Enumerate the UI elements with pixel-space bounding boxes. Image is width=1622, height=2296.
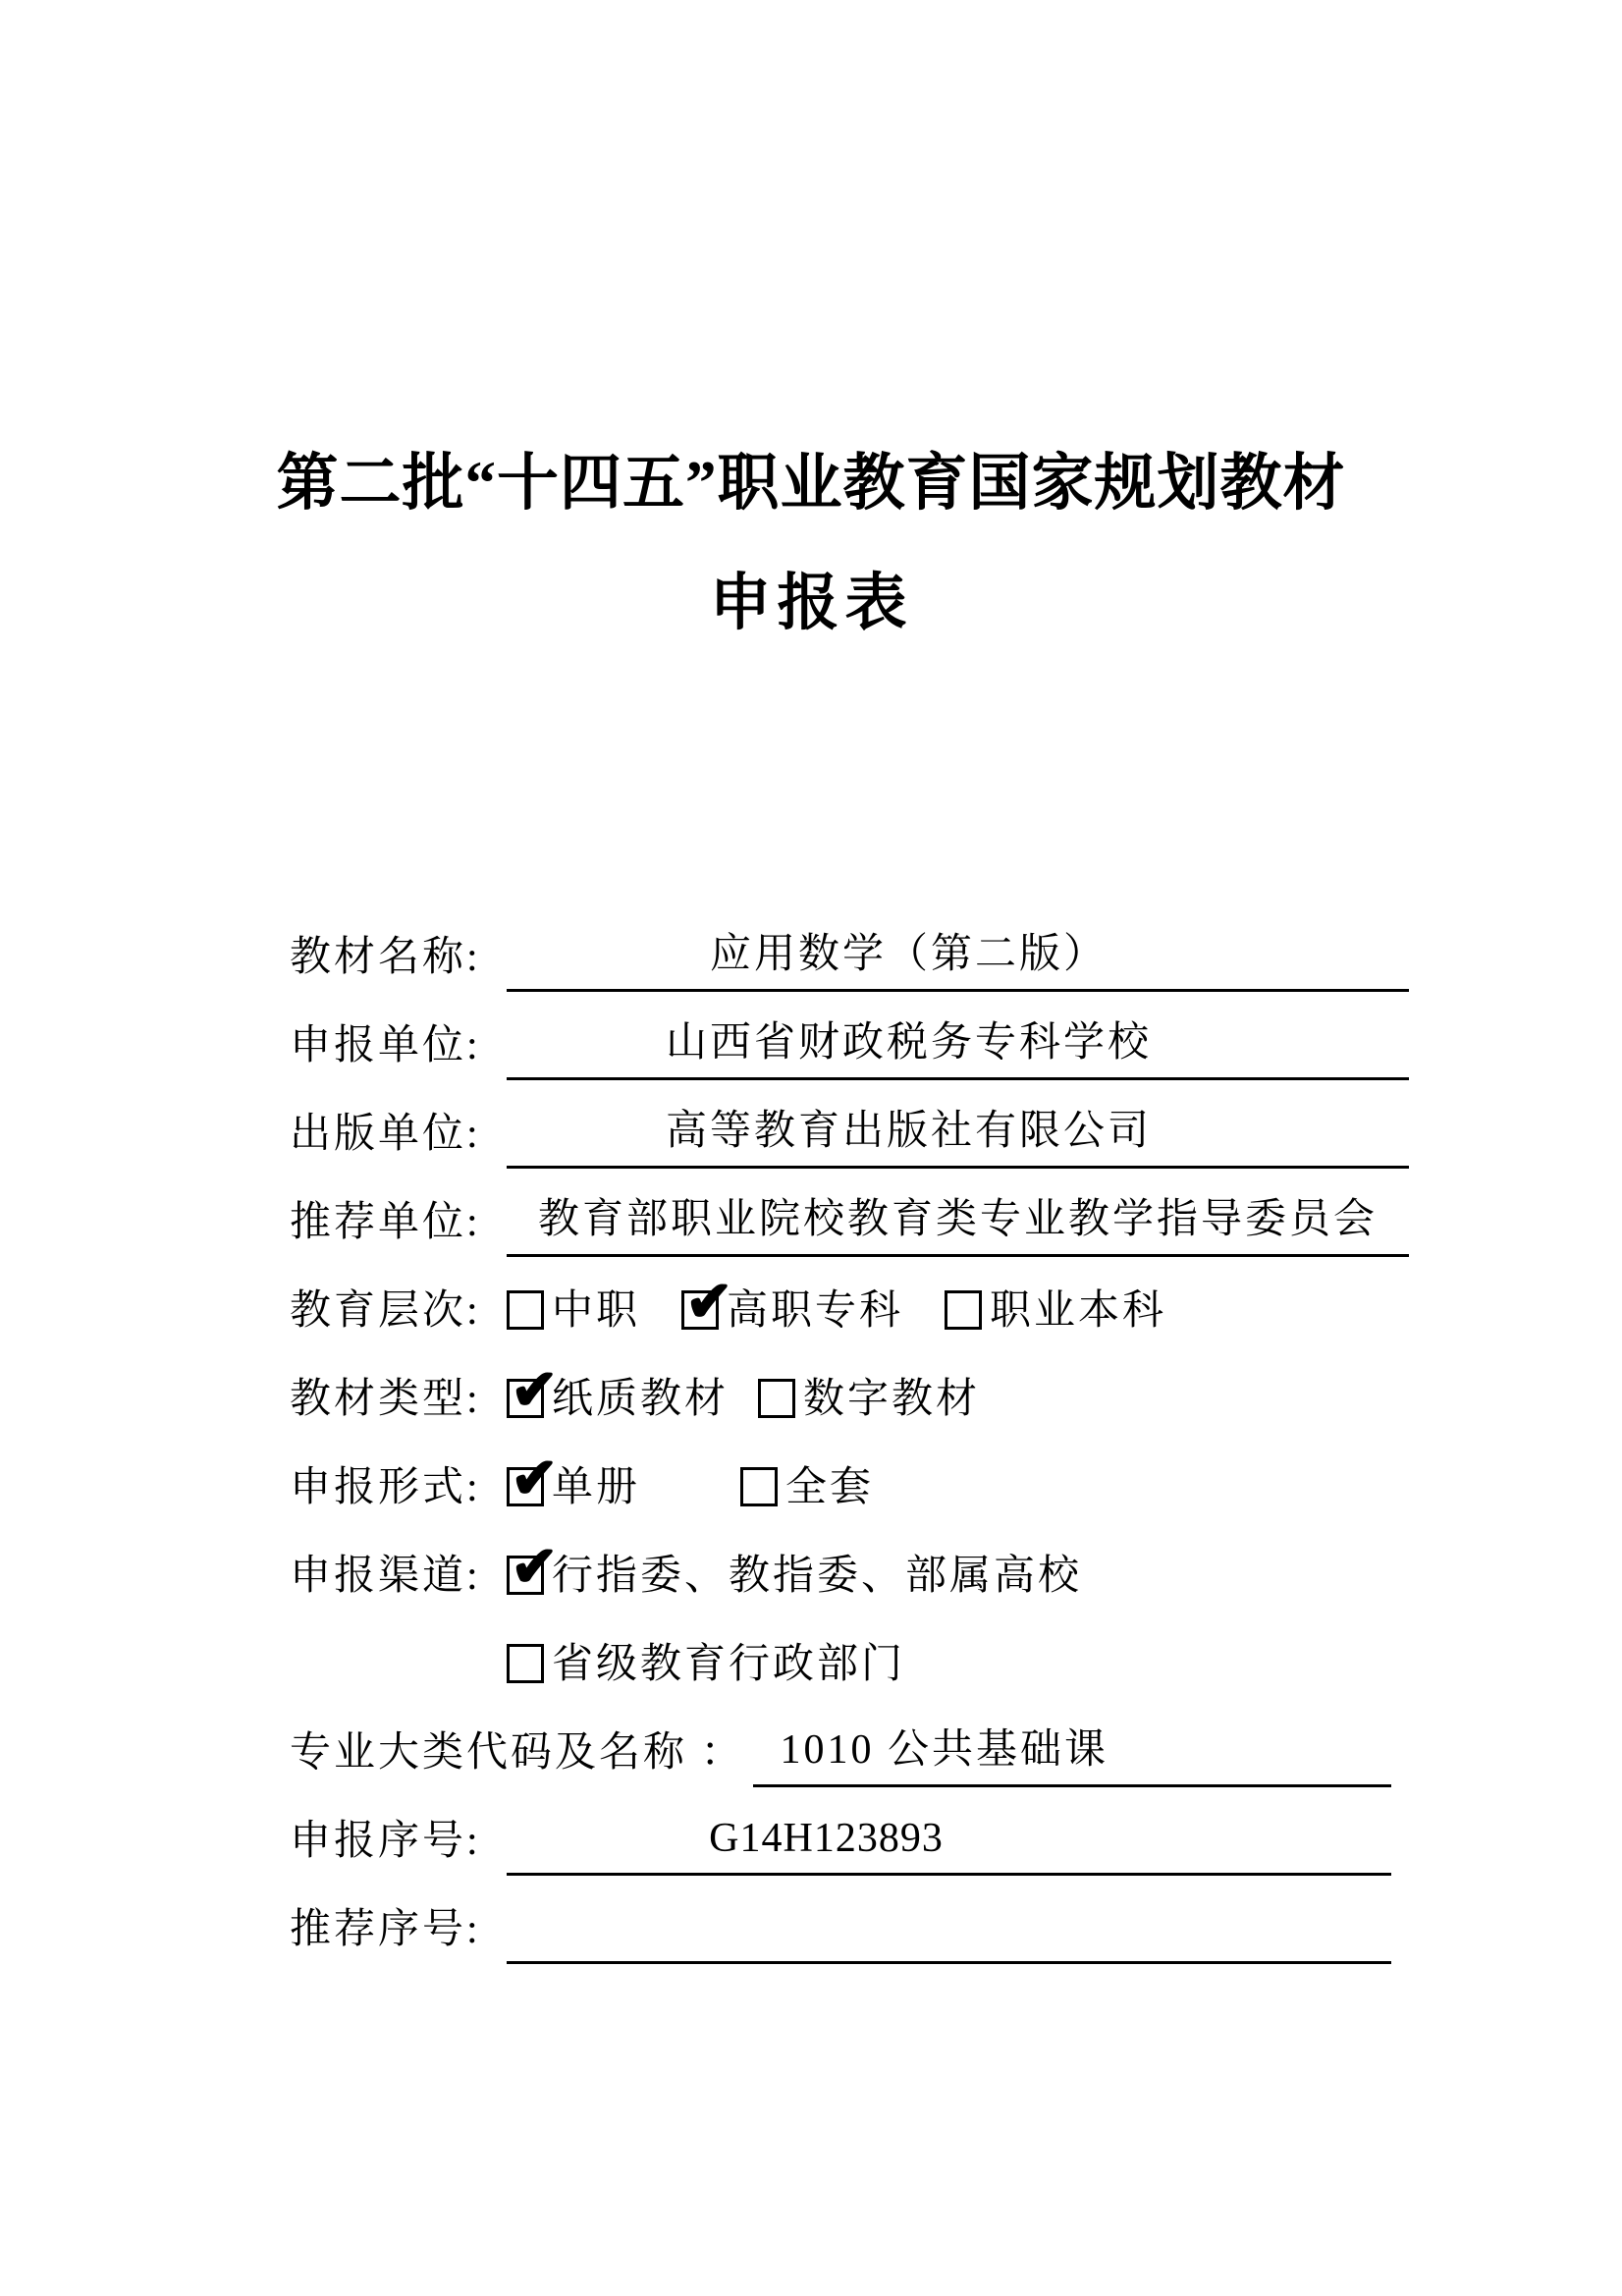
option-secondary-vocational: 中职: [507, 1290, 640, 1345]
option-label: 省级教育行政部门: [552, 1644, 905, 1685]
recommendation-number-label: 推荐序号:: [290, 1909, 507, 1964]
publisher-unit-row: 出版单位: 高等教育出版社有限公司: [290, 1080, 1409, 1169]
option-label: 职业本科: [990, 1290, 1166, 1332]
option-label: 行指委、教指委、部属高校: [552, 1556, 1082, 1597]
major-category-label: 专业大类代码及名称 ：: [290, 1732, 753, 1787]
textbook-name-row: 教材名称: 应用数学（第二版）: [290, 903, 1409, 992]
option-paper-textbook: ✔ 纸质教材: [507, 1379, 729, 1434]
recommender-unit-value: 教育部职业院校教育类专业教学指导委员会: [507, 1199, 1409, 1257]
option-provincial-channel: 省级教育行政部门: [507, 1644, 905, 1699]
publisher-unit-label: 出版单位:: [290, 1114, 507, 1169]
application-form-type-row: 申报形式: ✔ 单册 全套: [290, 1434, 1409, 1522]
check-icon: ✔: [511, 1362, 559, 1419]
application-form-type-label: 申报形式:: [290, 1467, 507, 1522]
checkbox-vocational-undergraduate-unchecked: [945, 1290, 982, 1330]
publisher-unit-value: 高等教育出版社有限公司: [507, 1111, 1409, 1169]
major-category-value: 1010 公共基础课: [753, 1729, 1391, 1787]
option-single-volume: ✔ 单册: [507, 1467, 640, 1522]
check-icon: ✔: [511, 1539, 559, 1596]
material-type-label: 教材类型:: [290, 1379, 507, 1434]
checkbox-paper-textbook-checked: ✔: [507, 1379, 544, 1418]
recommender-unit-label: 推荐单位:: [290, 1202, 507, 1257]
applicant-unit-value: 山西省财政税务专科学校: [507, 1022, 1409, 1080]
application-number-row: 申报序号: G14H123893: [290, 1787, 1409, 1876]
option-label: 单册: [552, 1467, 640, 1508]
option-label: 中职: [552, 1290, 640, 1332]
application-number-label: 申报序号:: [290, 1821, 507, 1876]
recommender-unit-row: 推荐单位: 教育部职业院校教育类专业教学指导委员会: [290, 1169, 1409, 1257]
checkbox-digital-textbook-unchecked: [758, 1379, 795, 1418]
option-label: 全套: [785, 1467, 874, 1508]
application-number-value: G14H123893: [507, 1818, 1391, 1876]
document-title: 第二批“十四五”职业教育国家规划教材 申报表: [0, 0, 1622, 642]
option-label: 数字教材: [803, 1379, 980, 1420]
checkbox-full-set-unchecked: [740, 1467, 778, 1506]
education-level-row: 教育层次: 中职 ✔ 高职专科 职业本科: [290, 1257, 1409, 1345]
check-icon: ✔: [511, 1450, 559, 1507]
checkbox-higher-vocational-checked: ✔: [681, 1290, 719, 1330]
document-page: 第二批“十四五”职业教育国家规划教材 申报表 教材名称: 应用数学（第二版） 申…: [0, 0, 1622, 2296]
major-category-row: 专业大类代码及名称 ： 1010 公共基础课: [290, 1699, 1409, 1787]
option-label: 高职专科: [727, 1290, 903, 1332]
option-vocational-undergraduate: 职业本科: [945, 1290, 1166, 1345]
application-channel-row: 申报渠道: ✔ 行指委、教指委、部属高校: [290, 1522, 1409, 1611]
applicant-unit-row: 申报单位: 山西省财政税务专科学校: [290, 992, 1409, 1080]
recommendation-number-row: 推荐序号:: [290, 1876, 1409, 1964]
textbook-name-label: 教材名称:: [290, 937, 507, 992]
recommendation-number-value: [507, 1906, 1391, 1964]
check-icon: ✔: [685, 1274, 733, 1331]
textbook-name-value: 应用数学（第二版）: [507, 934, 1409, 992]
application-channel-row-2: 省级教育行政部门: [290, 1611, 1409, 1699]
option-label: 纸质教材: [552, 1379, 729, 1420]
checkbox-secondary-vocational-unchecked: [507, 1290, 544, 1330]
application-form-fields: 教材名称: 应用数学（第二版） 申报单位: 山西省财政税务专科学校 出版单位: …: [290, 903, 1409, 1964]
option-digital-textbook: 数字教材: [758, 1379, 980, 1434]
option-full-set: 全套: [740, 1467, 874, 1522]
option-higher-vocational: ✔ 高职专科: [681, 1290, 903, 1345]
checkbox-committee-channel-checked: ✔: [507, 1556, 544, 1595]
checkbox-single-volume-checked: ✔: [507, 1467, 544, 1506]
title-line-1: 第二批“十四五”职业教育国家规划教材: [0, 0, 1622, 522]
option-committee-channel: ✔ 行指委、教指委、部属高校: [507, 1556, 1082, 1611]
applicant-unit-label: 申报单位:: [290, 1025, 507, 1080]
education-level-label: 教育层次:: [290, 1290, 507, 1345]
application-channel-label: 申报渠道:: [290, 1556, 507, 1611]
title-line-2: 申报表: [0, 564, 1622, 642]
material-type-row: 教材类型: ✔ 纸质教材 数字教材: [290, 1345, 1409, 1434]
checkbox-provincial-channel-unchecked: [507, 1644, 544, 1683]
